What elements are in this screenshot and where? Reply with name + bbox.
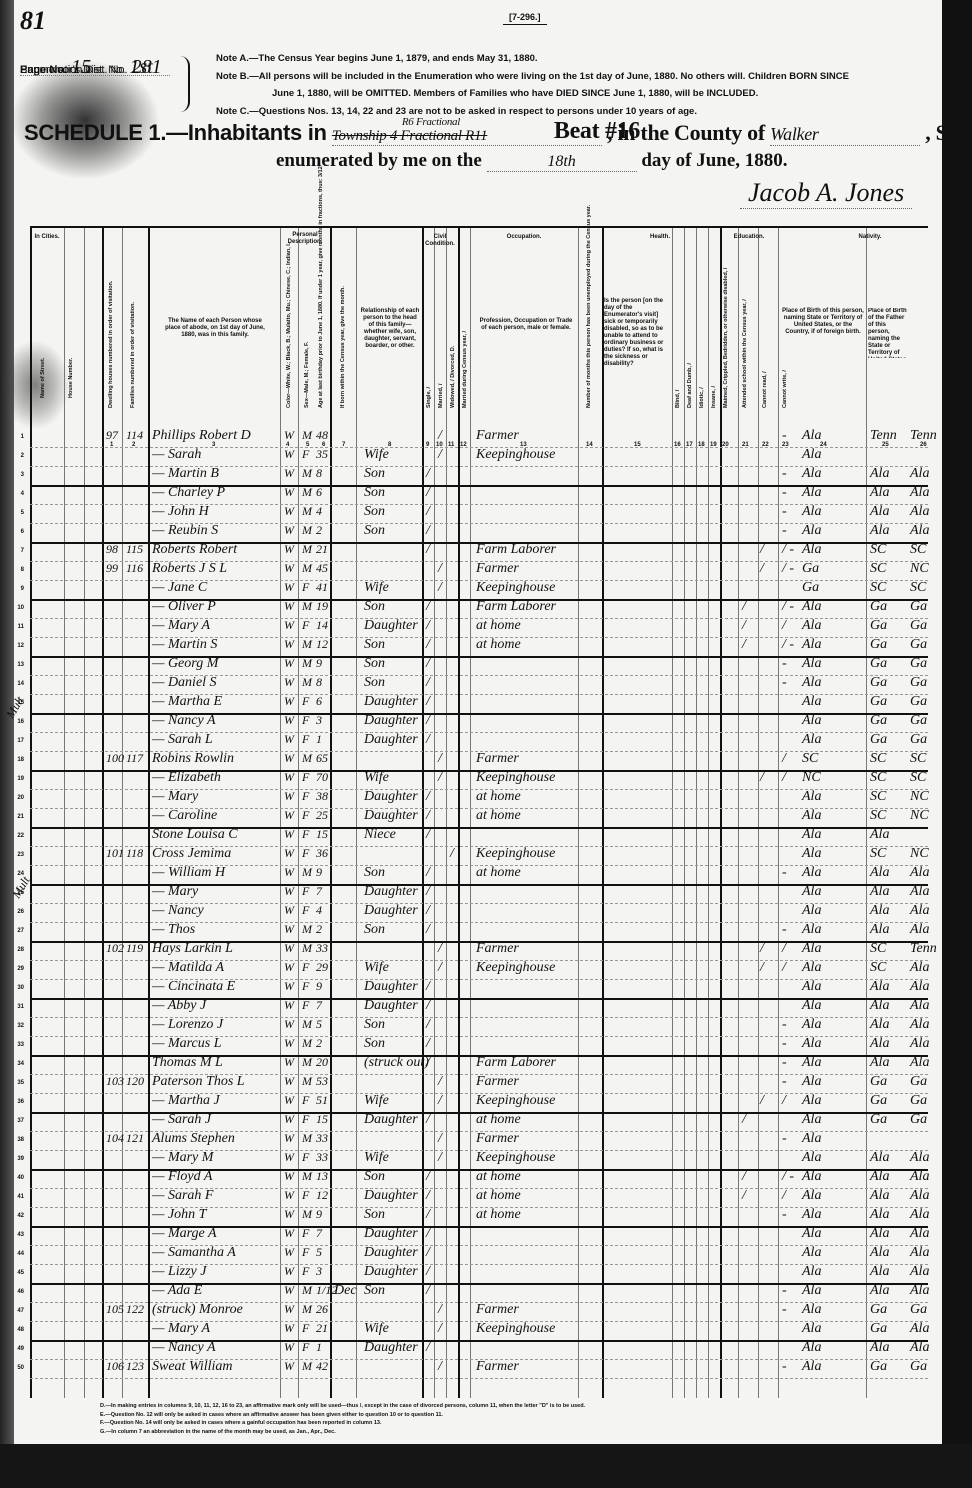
cell-father: Ala bbox=[870, 504, 889, 523]
cell-color: W bbox=[284, 1150, 294, 1169]
cell-relation: Son bbox=[364, 1283, 385, 1302]
cell-sex: M bbox=[302, 1055, 312, 1074]
cell-mother: Ala bbox=[910, 979, 929, 998]
cell-sex: M bbox=[302, 1302, 312, 1321]
cell-mother: Ala bbox=[910, 504, 929, 523]
cell-sex: F bbox=[302, 789, 309, 808]
cell-birth: Ala bbox=[802, 1017, 821, 1036]
cell-sex: F bbox=[302, 732, 309, 751]
cell-color: W bbox=[284, 1302, 294, 1321]
cell-occupation: Keepinghouse bbox=[476, 846, 555, 865]
cell-occupation: Farmer bbox=[476, 1359, 519, 1378]
cell-mother: Ala bbox=[910, 1340, 929, 1359]
cell-color: W bbox=[284, 903, 294, 922]
line-number: 44 bbox=[8, 1251, 24, 1257]
cell-occupation: Keepinghouse bbox=[476, 770, 555, 789]
table-row: 41— Sarah FWF12Daughter/at home//AlaAlaA… bbox=[30, 1188, 928, 1208]
line-number: 39 bbox=[8, 1156, 24, 1162]
cell-birth: Ala bbox=[802, 637, 821, 656]
cell-write: / bbox=[782, 751, 786, 770]
cell-color: W bbox=[284, 1283, 294, 1302]
civil-condition-mark: / bbox=[426, 1036, 430, 1055]
table-row: 42— John TWM9Son/at home-AlaAlaAla bbox=[30, 1207, 928, 1228]
cell-occupation: at home bbox=[476, 637, 521, 656]
hdr-dwelling: Dwelling houses numbered in order of vis… bbox=[108, 258, 114, 408]
cell-mother: Ga bbox=[910, 599, 927, 618]
cell-write: - bbox=[782, 1283, 787, 1302]
cell-name: — Thos bbox=[152, 922, 195, 941]
cell-sex: F bbox=[302, 694, 309, 713]
cell-family: 120 bbox=[126, 1074, 144, 1093]
cell-age: 42 bbox=[316, 1359, 328, 1378]
cell-sex: M bbox=[302, 1074, 312, 1093]
hdr-occupation-detail: Profession, Occupation or Trade of each … bbox=[476, 318, 576, 332]
line-number: 32 bbox=[8, 1023, 24, 1029]
cell-name: — Lorenzo J bbox=[152, 1017, 223, 1036]
cell-name: Thomas M L bbox=[152, 1055, 223, 1074]
cell-name: — Sarah L bbox=[152, 732, 213, 751]
hdr-color: Color—White, W.; Black, B.; Mulatto, Mu.… bbox=[286, 258, 292, 408]
cell-color: W bbox=[284, 979, 294, 998]
cell-color: W bbox=[284, 1131, 294, 1150]
cell-family: 116 bbox=[126, 561, 143, 580]
location-struck: Township 4 Fractional R11 bbox=[332, 128, 487, 144]
scan-edge-right bbox=[942, 0, 972, 1488]
cell-birth: Ala bbox=[802, 903, 821, 922]
cell-mother: Ga bbox=[910, 1093, 927, 1112]
cell-birth: Ala bbox=[802, 523, 821, 542]
cell-occupation: at home bbox=[476, 789, 521, 808]
cell-sex: F bbox=[302, 1150, 309, 1169]
cell-relation: Son bbox=[364, 865, 385, 884]
cell-sex: M bbox=[302, 428, 312, 447]
civil-condition-mark: / bbox=[438, 960, 442, 979]
cell-relation: (struck out) bbox=[364, 1055, 429, 1074]
civil-condition-mark: / bbox=[426, 1340, 430, 1359]
cell-father: Ga bbox=[870, 732, 887, 751]
cell-color: W bbox=[284, 941, 294, 960]
cell-age: 15 bbox=[316, 1112, 328, 1131]
cell-father: Ga bbox=[870, 656, 887, 675]
cell-mother: Ga bbox=[910, 637, 927, 656]
table-row: 38104121Alums StephenWM33/Farmer-Ala bbox=[30, 1131, 928, 1151]
cell-father: Ala bbox=[870, 1169, 889, 1188]
hdr-cannot-read: Cannot read, / bbox=[762, 348, 768, 408]
civil-condition-mark: / bbox=[426, 1169, 430, 1188]
cell-age: 4 bbox=[316, 504, 322, 523]
line-number: 26 bbox=[8, 909, 24, 915]
cell-color: W bbox=[284, 466, 294, 485]
cell-age: 13 bbox=[316, 1169, 328, 1188]
cell-name: — Martin S bbox=[152, 637, 217, 656]
cell-occupation: at home bbox=[476, 1112, 521, 1131]
cell-name: — John H bbox=[152, 504, 209, 523]
cell-occupation: at home bbox=[476, 618, 521, 637]
cell-age: 26 bbox=[316, 1302, 328, 1321]
civil-condition-mark: / bbox=[426, 808, 430, 827]
cell-age: 8 bbox=[316, 675, 322, 694]
cell-write: - bbox=[782, 1131, 787, 1150]
cell-write: - bbox=[782, 504, 787, 523]
cell-birth: Ala bbox=[802, 656, 821, 675]
cell-sex: M bbox=[302, 523, 312, 542]
table-row: 16— Nancy AWF3Daughter/AlaGaGa bbox=[30, 713, 928, 733]
cell-birth: Ala bbox=[802, 979, 821, 998]
cell-age: 7 bbox=[316, 1226, 322, 1245]
enumerated-label: enumerated by me on the bbox=[276, 150, 482, 171]
line-number: 49 bbox=[8, 1346, 24, 1352]
cell-dwelling: 99 bbox=[106, 561, 118, 580]
line-number: 31 bbox=[8, 1004, 24, 1010]
cell-name: — Caroline bbox=[152, 808, 217, 827]
cell-write: / - bbox=[782, 637, 794, 656]
cell-relation: Son bbox=[364, 466, 385, 485]
cell-birth: Ala bbox=[802, 941, 821, 960]
cell-sex: M bbox=[302, 941, 312, 960]
cell-write: - bbox=[782, 675, 787, 694]
cell-name: — Mary M bbox=[152, 1150, 213, 1169]
cell-father: Ala bbox=[870, 979, 889, 998]
cell-birth: Ala bbox=[802, 1359, 821, 1378]
civil-condition-mark: / bbox=[426, 884, 430, 903]
cell-relation: Daughter bbox=[364, 618, 418, 637]
hdr-married-year: Married during Census year, / bbox=[462, 288, 468, 408]
cell-relation: Daughter bbox=[364, 1188, 418, 1207]
line-number: 19 bbox=[8, 776, 24, 782]
cell-color: W bbox=[284, 1264, 294, 1283]
cell-mother: Ala bbox=[910, 884, 929, 903]
cell-age: 1 bbox=[316, 732, 322, 751]
enumeration-line: enumerated by me on the 18th day of June… bbox=[276, 150, 788, 172]
cell-write: - bbox=[782, 1359, 787, 1378]
cell-write: / - bbox=[782, 599, 794, 618]
cell-sex: F bbox=[302, 580, 309, 599]
cell-dwelling: 102 bbox=[106, 941, 124, 960]
cell-color: W bbox=[284, 1359, 294, 1378]
cell-age: 33 bbox=[316, 1150, 328, 1169]
hdr-nativity: Nativity. bbox=[820, 234, 920, 241]
cell-sex: M bbox=[302, 542, 312, 561]
cell-relation: Son bbox=[364, 656, 385, 675]
civil-condition-mark: / bbox=[426, 827, 430, 846]
cell-mother: Ala bbox=[910, 1207, 929, 1226]
cell-color: W bbox=[284, 504, 294, 523]
cell-read: / bbox=[760, 770, 764, 789]
cell-sex: M bbox=[302, 922, 312, 941]
cell-age: 33 bbox=[316, 1131, 328, 1150]
table-row: 45— Lizzy JWF3Daughter/AlaAlaAla bbox=[30, 1264, 928, 1285]
cell-occupation: Farmer bbox=[476, 1131, 519, 1150]
cell-age: 7 bbox=[316, 998, 322, 1017]
table-row: 5— John HWM4Son/-AlaAlaAla bbox=[30, 504, 928, 524]
cell-mother: Ala bbox=[910, 1169, 929, 1188]
cell-relation: Son bbox=[364, 523, 385, 542]
cell-birth: Ala bbox=[802, 599, 821, 618]
cell-write: - bbox=[782, 523, 787, 542]
cell-mother: SC bbox=[910, 751, 926, 770]
cell-birth: Ga bbox=[802, 561, 819, 580]
cell-school: / bbox=[742, 618, 746, 637]
cell-sex: F bbox=[302, 770, 309, 789]
civil-condition-mark: / bbox=[438, 1131, 442, 1150]
cell-birth: Ala bbox=[802, 827, 821, 846]
day-suffix: day of June, 1880. bbox=[641, 150, 787, 171]
cell-mother: Ala bbox=[910, 1245, 929, 1264]
civil-condition-mark: / bbox=[426, 637, 430, 656]
table-row: 43— Marge AWF7Daughter/AlaAlaAla bbox=[30, 1226, 928, 1246]
cell-age: 1 bbox=[316, 1340, 322, 1359]
cell-sex: F bbox=[302, 903, 309, 922]
civil-condition-mark: / bbox=[426, 789, 430, 808]
cell-age: 2 bbox=[316, 922, 322, 941]
cell-age: 9 bbox=[316, 1207, 322, 1226]
cell-birth: Ala bbox=[802, 884, 821, 903]
cell-birth: Ala bbox=[802, 618, 821, 637]
cell-sex: F bbox=[302, 846, 309, 865]
cell-father: Ga bbox=[870, 713, 887, 732]
cell-age: 9 bbox=[316, 979, 322, 998]
cell-name: — Marcus L bbox=[152, 1036, 222, 1055]
cell-age: 48 bbox=[316, 428, 328, 447]
cell-relation: Son bbox=[364, 485, 385, 504]
cell-dwelling: 103 bbox=[106, 1074, 124, 1093]
civil-condition-mark: / bbox=[426, 1207, 430, 1226]
hdr-sex: Sex—Male, M.; Female, F. bbox=[304, 288, 310, 408]
cell-write: / bbox=[782, 1093, 786, 1112]
civil-condition-mark: / bbox=[438, 1074, 442, 1093]
cell-write: - bbox=[782, 656, 787, 675]
cell-name: — Matilda A bbox=[152, 960, 224, 979]
cell-birth: Ala bbox=[802, 694, 821, 713]
hdr-birthplace: Place of Birth of this person, naming St… bbox=[782, 308, 864, 336]
cell-occupation: Farm Laborer bbox=[476, 542, 556, 561]
cell-sex: F bbox=[302, 447, 309, 466]
cell-color: W bbox=[284, 428, 294, 447]
cell-school: / bbox=[742, 1112, 746, 1131]
cell-father: Ala bbox=[870, 1283, 889, 1302]
cell-relation: Daughter bbox=[364, 998, 418, 1017]
civil-condition-mark: / bbox=[438, 1150, 442, 1169]
cell-father: Ga bbox=[870, 637, 887, 656]
civil-condition-mark: / bbox=[426, 523, 430, 542]
table-row: 21— CarolineWF25Daughter/at homeAlaSCNC bbox=[30, 808, 928, 829]
cell-relation: Wife bbox=[364, 1150, 389, 1169]
cell-mother: Ga bbox=[910, 618, 927, 637]
cell-color: W bbox=[284, 561, 294, 580]
cell-relation: Son bbox=[364, 599, 385, 618]
cell-mother: NC bbox=[910, 846, 929, 865]
table-row: 6— Reubin SWM2Son/-AlaAlaAla bbox=[30, 523, 928, 544]
line-number: 21 bbox=[8, 814, 24, 820]
cell-sex: M bbox=[302, 1017, 312, 1036]
cell-relation: Daughter bbox=[364, 1245, 418, 1264]
cell-sex: F bbox=[302, 808, 309, 827]
cell-father: Ala bbox=[870, 1017, 889, 1036]
cell-sex: F bbox=[302, 884, 309, 903]
cell-birth: Ala bbox=[802, 808, 821, 827]
enumeration-label: Enumeration Dist. No. bbox=[20, 60, 128, 81]
line-number: 6 bbox=[8, 529, 24, 535]
table-row: 9— Jane CWF41Wife/KeepinghouseGaSCSC bbox=[30, 580, 928, 601]
cell-birth: Ala bbox=[802, 542, 821, 561]
cell-dwelling: 97 bbox=[106, 428, 118, 447]
cell-age: 36 bbox=[316, 846, 328, 865]
hdr-blind: Blind, / bbox=[675, 358, 681, 408]
cell-color: W bbox=[284, 1321, 294, 1340]
hdr-civil-condition: Civil Condition. bbox=[424, 234, 456, 248]
cell-father: SC bbox=[870, 960, 886, 979]
cell-father: Ala bbox=[870, 485, 889, 504]
header-notes: Note A.—The Census Year begins June 1, 1… bbox=[216, 50, 849, 120]
cell-color: W bbox=[284, 998, 294, 1017]
cell-age: 51 bbox=[316, 1093, 328, 1112]
civil-condition-mark: / bbox=[426, 542, 430, 561]
civil-condition-mark: / bbox=[426, 485, 430, 504]
cell-school: / bbox=[742, 1169, 746, 1188]
table-row: 22Stone Louisa CWF15Niece/AlaAla bbox=[30, 827, 928, 847]
cell-color: W bbox=[284, 1112, 294, 1131]
cell-sex: F bbox=[302, 1321, 309, 1340]
cell-father: Ala bbox=[870, 884, 889, 903]
cell-mother: Ala bbox=[910, 1321, 929, 1340]
cell-color: W bbox=[284, 485, 294, 504]
cell-mother: Ala bbox=[910, 922, 929, 941]
table-row: 47105122(struck) MonroeWM26/Farmer-AlaGa… bbox=[30, 1302, 928, 1322]
line-number: 34 bbox=[8, 1061, 24, 1067]
table-row: 37— Sarah JWF15Daughter/at home/AlaGaGa bbox=[30, 1112, 928, 1132]
cell-write: - bbox=[782, 428, 787, 447]
line-number: 7 bbox=[8, 548, 24, 554]
line-number: 35 bbox=[8, 1080, 24, 1086]
cell-birth: Ala bbox=[802, 1264, 821, 1283]
cell-birth: Ala bbox=[802, 998, 821, 1017]
table-row: 20— MaryWF38Daughter/at homeAlaSCNC bbox=[30, 789, 928, 809]
cell-name: — Sarah J bbox=[152, 1112, 211, 1131]
cell-relation: Wife bbox=[364, 580, 389, 599]
cell-birth: Ala bbox=[802, 504, 821, 523]
cell-mother: Ala bbox=[910, 1264, 929, 1283]
line-number: 23 bbox=[8, 852, 24, 858]
cell-color: W bbox=[284, 846, 294, 865]
table-row: 2— SarahWF35Wife/KeepinghouseAla bbox=[30, 447, 928, 467]
hdr-family: Families numbered in order of visitation… bbox=[130, 258, 136, 408]
cell-age: 41 bbox=[316, 580, 328, 599]
civil-condition-mark: / bbox=[426, 466, 430, 485]
cell-occupation: Farmer bbox=[476, 751, 519, 770]
cell-father: Ga bbox=[870, 675, 887, 694]
line-number: 37 bbox=[8, 1118, 24, 1124]
table-row: 3— Martin BWM8Son/-AlaAlaAla bbox=[30, 466, 928, 487]
hdr-house-number: House Number. bbox=[68, 318, 74, 398]
cell-age: 21 bbox=[316, 542, 328, 561]
cell-birth: Ala bbox=[802, 466, 821, 485]
cell-family: 118 bbox=[126, 846, 143, 865]
cell-name: — Daniel S bbox=[152, 675, 217, 694]
cell-father: Ala bbox=[870, 1340, 889, 1359]
cell-name: — Sarah bbox=[152, 447, 201, 466]
location-field: Township 4 Fractional R11 R6 Fractional … bbox=[332, 128, 602, 146]
civil-condition-mark: / bbox=[426, 675, 430, 694]
hdr-born-month: If born within the Census year, give the… bbox=[340, 248, 346, 408]
cell-dwelling: 105 bbox=[106, 1302, 124, 1321]
civil-condition-mark: / bbox=[438, 1321, 442, 1340]
cell-mother: Ga bbox=[910, 713, 927, 732]
line-number: 3 bbox=[8, 472, 24, 478]
cell-sex: F bbox=[302, 1226, 309, 1245]
cell-color: W bbox=[284, 732, 294, 751]
cell-write: - bbox=[782, 922, 787, 941]
line-number: 29 bbox=[8, 966, 24, 972]
civil-condition-mark: / bbox=[426, 1055, 430, 1074]
table-row: 23101118Cross JemimaWF36/KeepinghouseAla… bbox=[30, 846, 928, 866]
cell-name: — Abby J bbox=[152, 998, 206, 1017]
cell-age: 3 bbox=[316, 713, 322, 732]
cell-color: W bbox=[284, 1207, 294, 1226]
cell-mother: Ga bbox=[910, 694, 927, 713]
cell-birth: Ala bbox=[802, 1093, 821, 1112]
cell-father: SC bbox=[870, 751, 886, 770]
cell-age: 7 bbox=[316, 884, 322, 903]
civil-condition-mark: / bbox=[438, 428, 442, 447]
line-number: 36 bbox=[8, 1099, 24, 1105]
corner-mark: 81 bbox=[20, 6, 46, 36]
hdr-sick: Is the person [on the day of the Enumera… bbox=[604, 298, 670, 368]
civil-condition-mark: / bbox=[438, 447, 442, 466]
table-row: 15— Martha EWF6Daughter/AlaGaGa bbox=[30, 694, 928, 715]
hdr-relationship: Relationship of each person to the head … bbox=[360, 308, 420, 350]
cell-write: / bbox=[782, 1188, 786, 1207]
cell-occupation: Farmer bbox=[476, 561, 519, 580]
table-row: 27— ThosWM2Son/-AlaAlaAla bbox=[30, 922, 928, 943]
table-row: 197114Phillips Robert DWM48/Farmer-AlaTe… bbox=[30, 428, 928, 448]
cell-name: — Cincinata E bbox=[152, 979, 235, 998]
cell-dwelling: 106 bbox=[106, 1359, 124, 1378]
cell-age: 38 bbox=[316, 789, 328, 808]
cell-occupation: Farm Laborer bbox=[476, 599, 556, 618]
cell-birth: Ala bbox=[802, 1055, 821, 1074]
civil-condition-mark: / bbox=[450, 846, 454, 865]
cell-relation: Son bbox=[364, 922, 385, 941]
cell-family: 121 bbox=[126, 1131, 144, 1150]
cell-mother: Ala bbox=[910, 1017, 929, 1036]
line-number: 40 bbox=[8, 1175, 24, 1181]
note-b-cont: June 1, 1880, will be OMITTED. Members o… bbox=[216, 85, 849, 103]
civil-condition-mark: / bbox=[426, 599, 430, 618]
cell-mother: Ala bbox=[910, 1150, 929, 1169]
cell-relation: Wife bbox=[364, 447, 389, 466]
cell-birth: Ala bbox=[802, 865, 821, 884]
cell-relation: Son bbox=[364, 1036, 385, 1055]
cell-age: 8 bbox=[316, 466, 322, 485]
cell-father: Ga bbox=[870, 694, 887, 713]
cell-read: / bbox=[760, 960, 764, 979]
cell-mother: NC bbox=[910, 808, 929, 827]
table-row: 35103120Paterson Thos LWM53/Farmer-AlaGa… bbox=[30, 1074, 928, 1094]
cell-read: / bbox=[760, 941, 764, 960]
cell-color: W bbox=[284, 580, 294, 599]
cell-birth: Ala bbox=[802, 846, 821, 865]
cell-name: — Mary bbox=[152, 884, 198, 903]
cell-name: — Marge A bbox=[152, 1226, 217, 1245]
cell-birth: SC bbox=[802, 751, 818, 770]
cell-mother: Ala bbox=[910, 1226, 929, 1245]
cell-write: - bbox=[782, 1302, 787, 1321]
cell-age: 12 bbox=[316, 1188, 328, 1207]
line-number: 43 bbox=[8, 1232, 24, 1238]
hdr-insane: Insane, / bbox=[711, 358, 717, 408]
cell-mother: Ala bbox=[910, 1036, 929, 1055]
cell-name: Sweat William bbox=[152, 1359, 233, 1378]
